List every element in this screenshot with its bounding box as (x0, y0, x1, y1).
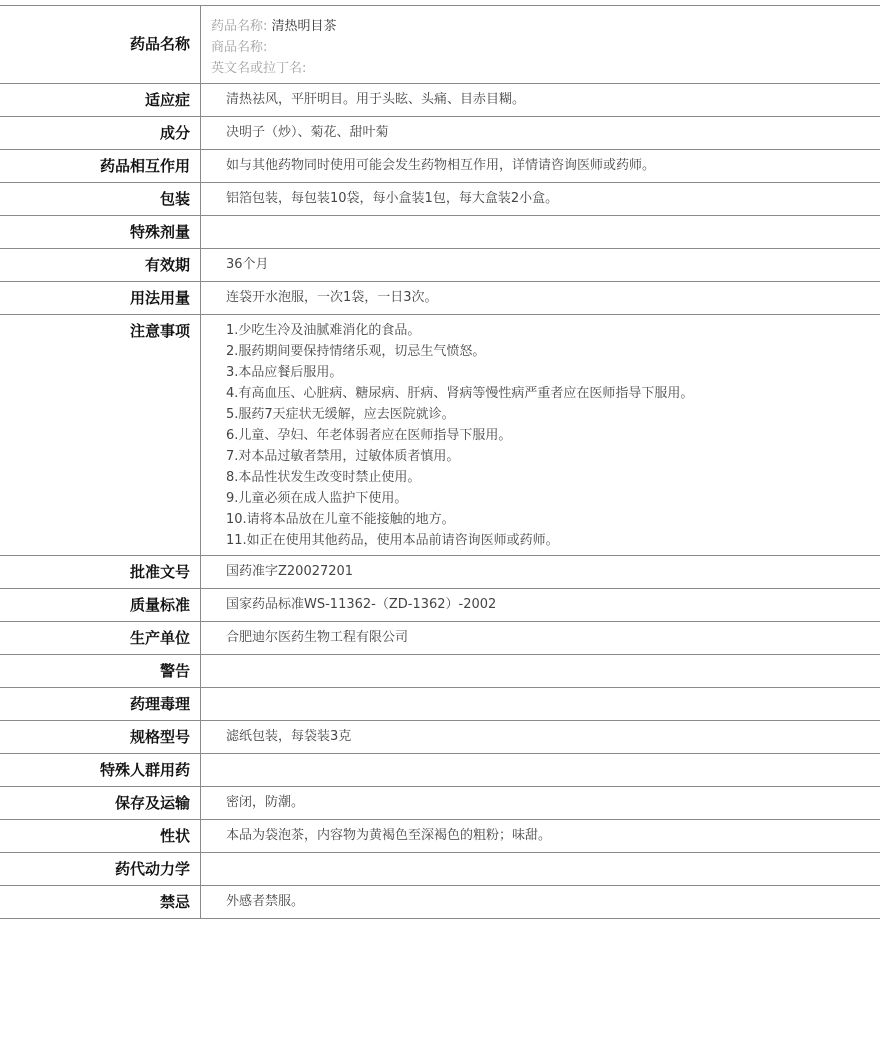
value-packaging: 铝箔包装，每包装10袋，每小盒装1包，每大盒装2小盒。 (201, 183, 880, 216)
value-precautions: 1.少吃生冷及油腻难消化的食品。 2.服药期间要保持情绪乐观，切忌生气愤怒。 3… (201, 315, 880, 556)
generic-name-value: 清热明目茶 (272, 19, 337, 34)
row-shelf-life: 有效期 36个月 (0, 249, 880, 282)
value-specification: 滤纸包装，每袋装3克 (201, 721, 880, 754)
precaution-item: 6.儿童、孕妇、年老体弱者应在医师指导下服用。 (226, 425, 880, 446)
row-contraindications: 禁忌 外感者禁服。 (0, 886, 880, 919)
label-specification: 规格型号 (0, 721, 201, 754)
precaution-item: 7.对本品过敏者禁用，过敏体质者慎用。 (226, 446, 880, 467)
precaution-item: 9.儿童必须在成人监护下使用。 (226, 488, 880, 509)
label-manufacturer: 生产单位 (0, 622, 201, 655)
value-special-populations (201, 754, 880, 787)
english-name-line: 英文名或拉丁名: (211, 58, 880, 79)
label-shelf-life: 有效期 (0, 249, 201, 282)
label-packaging: 包装 (0, 183, 201, 216)
label-description: 性状 (0, 820, 201, 853)
label-special-populations: 特殊人群用药 (0, 754, 201, 787)
row-special-populations: 特殊人群用药 (0, 754, 880, 787)
value-storage-transport: 密闭，防潮。 (201, 787, 880, 820)
precaution-item: 4.有高血压、心脏病、糖尿病、肝病、肾病等慢性病严重者应在医师指导下服用。 (226, 383, 880, 404)
label-storage-transport: 保存及运输 (0, 787, 201, 820)
value-indications: 清热祛风，平肝明目。用于头眩、头痛、目赤目糊。 (201, 84, 880, 117)
label-indications: 适应症 (0, 84, 201, 117)
row-quality-standard: 质量标准 国家药品标准WS-11362-（ZD-1362）-2002 (0, 589, 880, 622)
trade-name-label: 商品名称: (211, 40, 267, 55)
row-usage-dosage: 用法用量 连袋开水泡服，一次1袋，一日3次。 (0, 282, 880, 315)
precaution-item: 1.少吃生冷及油腻难消化的食品。 (226, 320, 880, 341)
generic-name-label: 药品名称: (211, 19, 267, 34)
value-manufacturer: 合肥迪尔医药生物工程有限公司 (201, 622, 880, 655)
row-specification: 规格型号 滤纸包装，每袋装3克 (0, 721, 880, 754)
row-description: 性状 本品为袋泡茶，内容物为黄褐色至深褐色的粗粉；味甜。 (0, 820, 880, 853)
precaution-item: 10.请将本品放在儿童不能接触的地方。 (226, 509, 880, 530)
value-shelf-life: 36个月 (201, 249, 880, 282)
label-usage-dosage: 用法用量 (0, 282, 201, 315)
value-approval-number: 国药准字Z20027201 (201, 556, 880, 589)
value-drug-name: 药品名称: 清热明目茶 商品名称: 英文名或拉丁名: (201, 6, 880, 84)
english-name-label: 英文名或拉丁名: (211, 61, 306, 76)
row-ingredients: 成分 决明子（炒）、菊花、甜叶菊 (0, 117, 880, 150)
generic-name-line: 药品名称: 清热明目茶 (211, 16, 880, 37)
label-ingredients: 成分 (0, 117, 201, 150)
row-interactions: 药品相互作用 如与其他药物同时使用可能会发生药物相互作用，详情请咨询医师或药师。 (0, 150, 880, 183)
label-special-dosage: 特殊剂量 (0, 216, 201, 249)
label-contraindications: 禁忌 (0, 886, 201, 919)
row-precautions: 注意事项 1.少吃生冷及油腻难消化的食品。 2.服药期间要保持情绪乐观，切忌生气… (0, 315, 880, 556)
value-pharmacology-toxicology (201, 688, 880, 721)
row-storage-transport: 保存及运输 密闭，防潮。 (0, 787, 880, 820)
row-pharmacokinetics: 药代动力学 (0, 853, 880, 886)
precaution-item: 5.服药7天症状无缓解，应去医院就诊。 (226, 404, 880, 425)
row-warning: 警告 (0, 655, 880, 688)
precaution-item: 11.如正在使用其他药品，使用本品前请咨询医师或药师。 (226, 530, 880, 551)
label-warning: 警告 (0, 655, 201, 688)
label-pharmacology-toxicology: 药理毒理 (0, 688, 201, 721)
precaution-item: 2.服药期间要保持情绪乐观，切忌生气愤怒。 (226, 341, 880, 362)
label-pharmacokinetics: 药代动力学 (0, 853, 201, 886)
value-interactions: 如与其他药物同时使用可能会发生药物相互作用，详情请咨询医师或药师。 (201, 150, 880, 183)
label-interactions: 药品相互作用 (0, 150, 201, 183)
drug-spec-table: 药品名称 药品名称: 清热明目茶 商品名称: 英文名或拉丁名: 适应症 清热祛风… (0, 5, 880, 919)
row-pharmacology-toxicology: 药理毒理 (0, 688, 880, 721)
row-special-dosage: 特殊剂量 (0, 216, 880, 249)
value-special-dosage (201, 216, 880, 249)
row-approval-number: 批准文号 国药准字Z20027201 (0, 556, 880, 589)
value-contraindications: 外感者禁服。 (201, 886, 880, 919)
precaution-item: 8.本品性状发生改变时禁止使用。 (226, 467, 880, 488)
row-manufacturer: 生产单位 合肥迪尔医药生物工程有限公司 (0, 622, 880, 655)
value-quality-standard: 国家药品标准WS-11362-（ZD-1362）-2002 (201, 589, 880, 622)
label-approval-number: 批准文号 (0, 556, 201, 589)
label-drug-name: 药品名称 (0, 6, 201, 84)
row-indications: 适应症 清热祛风，平肝明目。用于头眩、头痛、目赤目糊。 (0, 84, 880, 117)
precaution-item: 3.本品应餐后服用。 (226, 362, 880, 383)
value-warning (201, 655, 880, 688)
value-pharmacokinetics (201, 853, 880, 886)
value-usage-dosage: 连袋开水泡服，一次1袋，一日3次。 (201, 282, 880, 315)
label-precautions: 注意事项 (0, 315, 201, 556)
value-ingredients: 决明子（炒）、菊花、甜叶菊 (201, 117, 880, 150)
row-packaging: 包装 铝箔包装，每包装10袋，每小盒装1包，每大盒装2小盒。 (0, 183, 880, 216)
trade-name-line: 商品名称: (211, 37, 880, 58)
value-description: 本品为袋泡茶，内容物为黄褐色至深褐色的粗粉；味甜。 (201, 820, 880, 853)
label-quality-standard: 质量标准 (0, 589, 201, 622)
row-drug-name: 药品名称 药品名称: 清热明目茶 商品名称: 英文名或拉丁名: (0, 6, 880, 84)
